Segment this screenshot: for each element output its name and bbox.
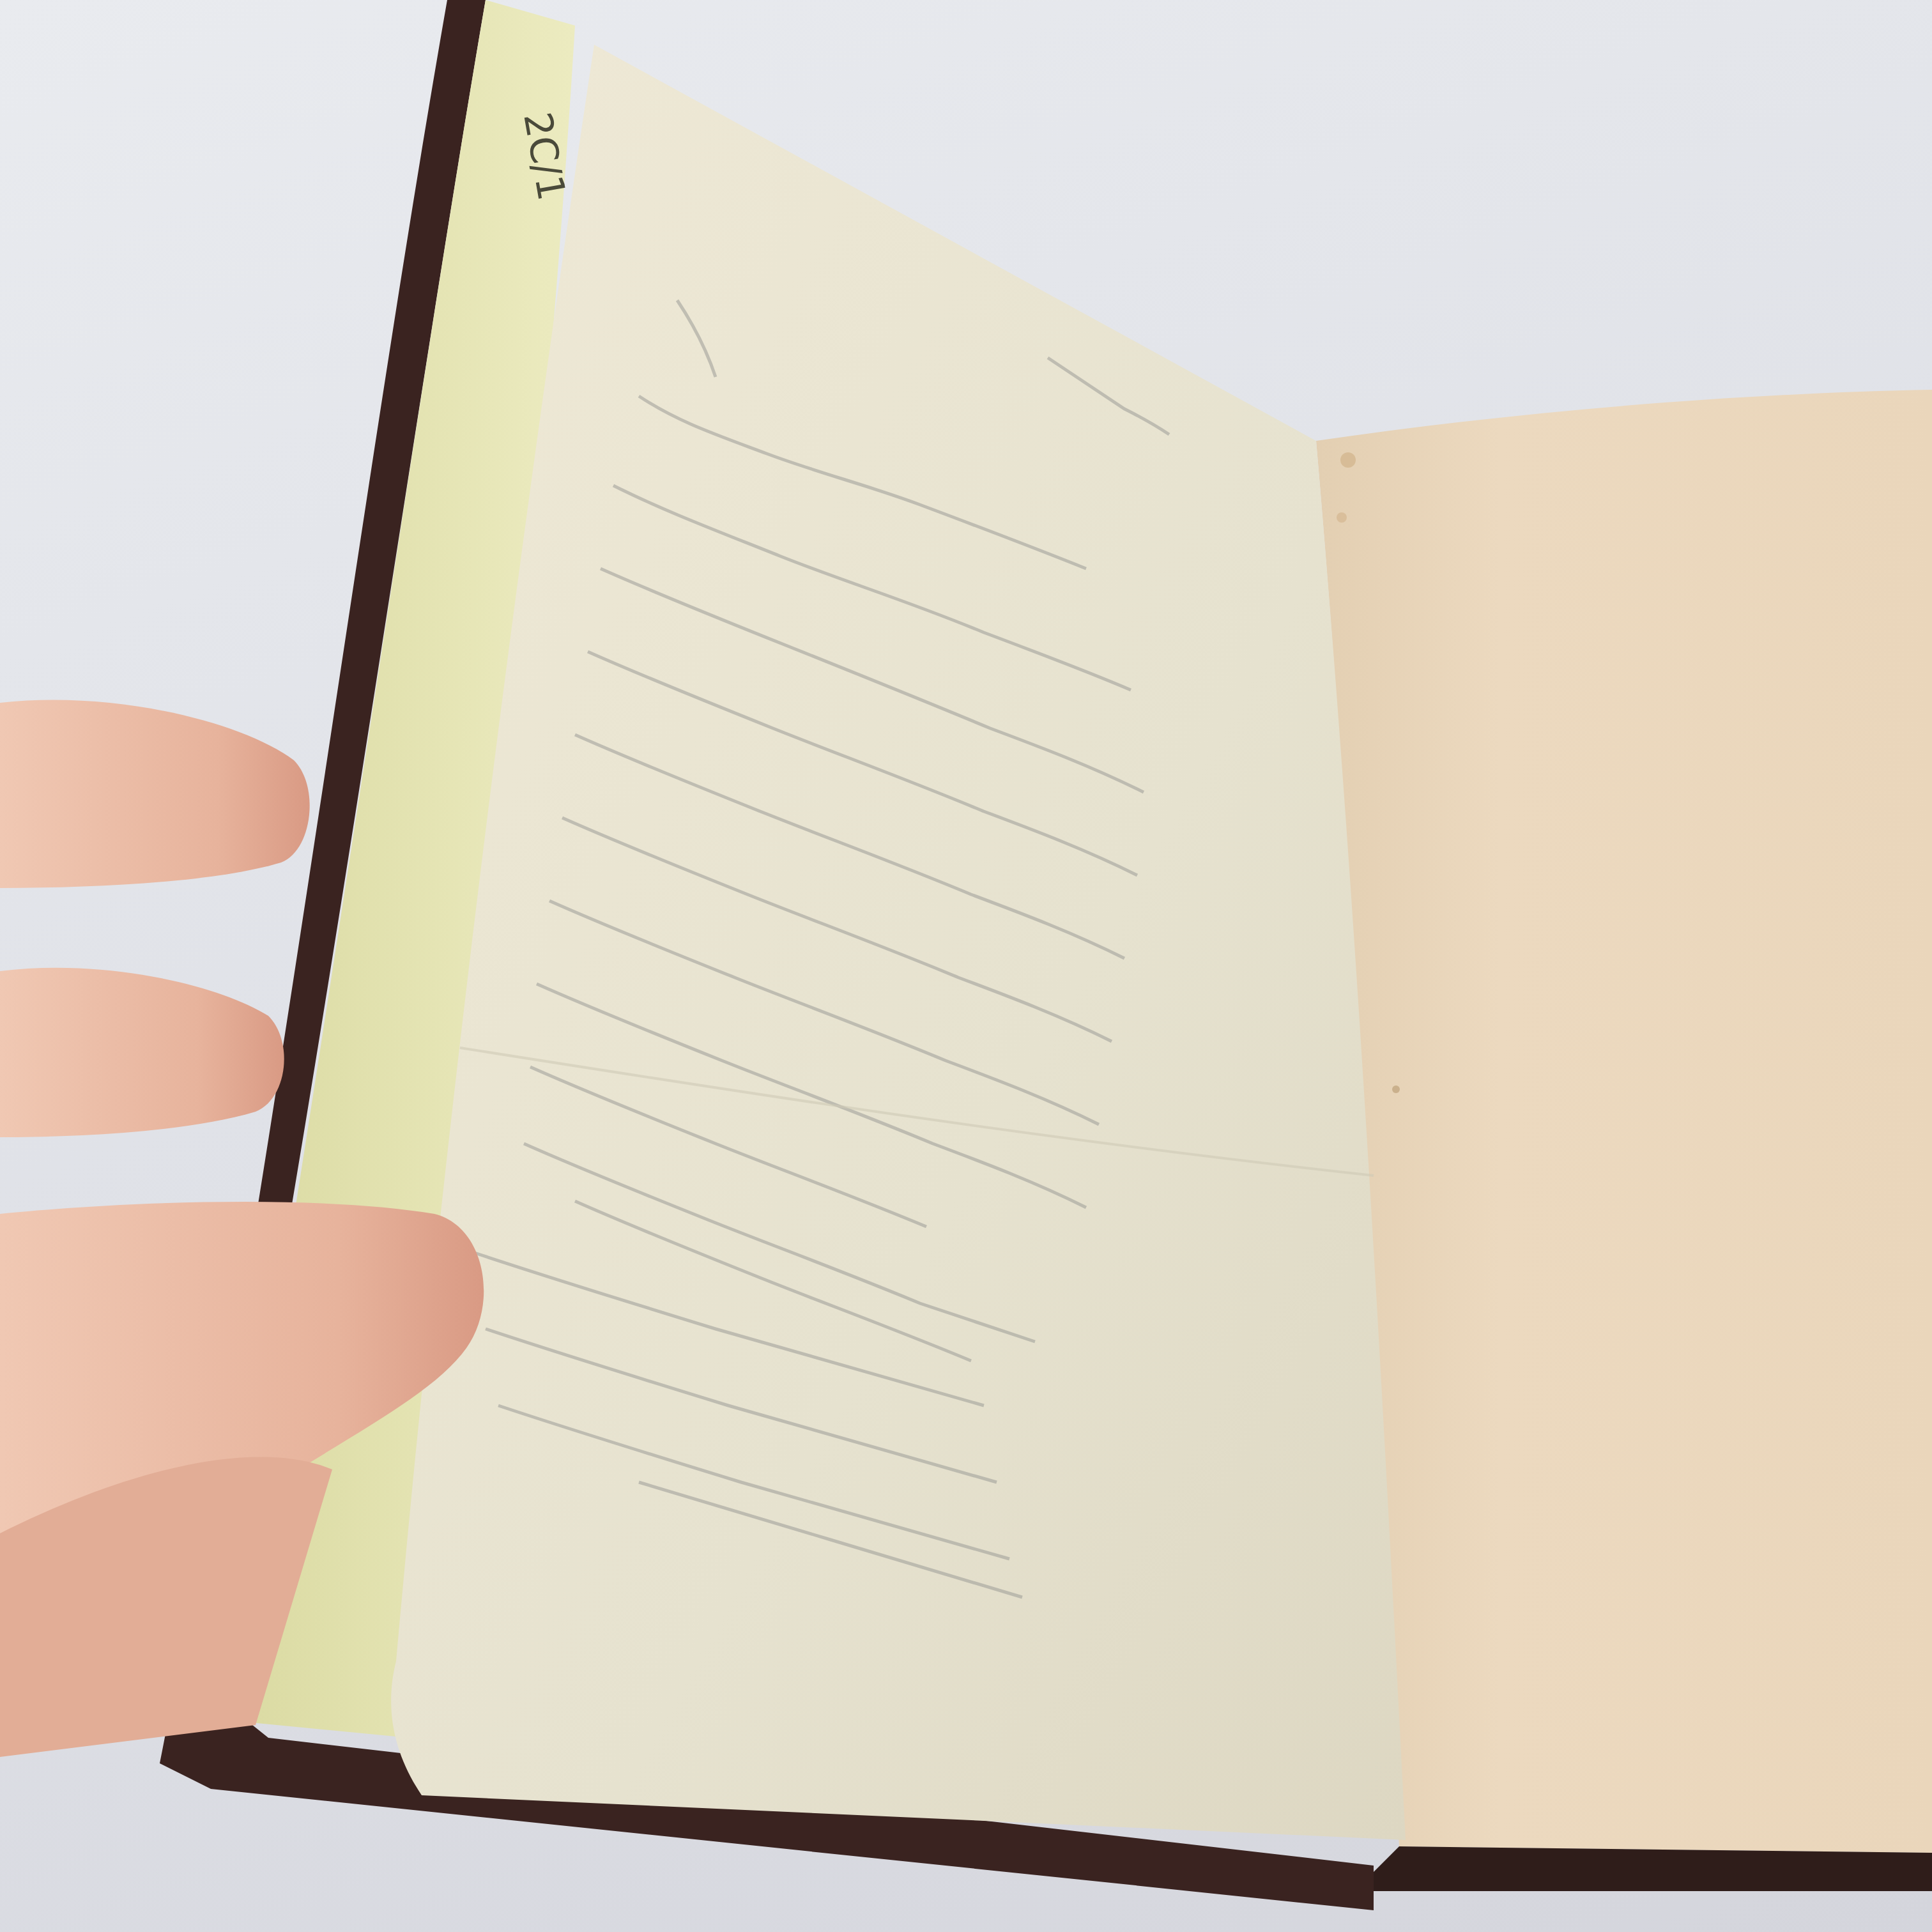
photo-scene: 2C/1 [0,0,1932,1932]
right-page [1316,390,1932,1891]
